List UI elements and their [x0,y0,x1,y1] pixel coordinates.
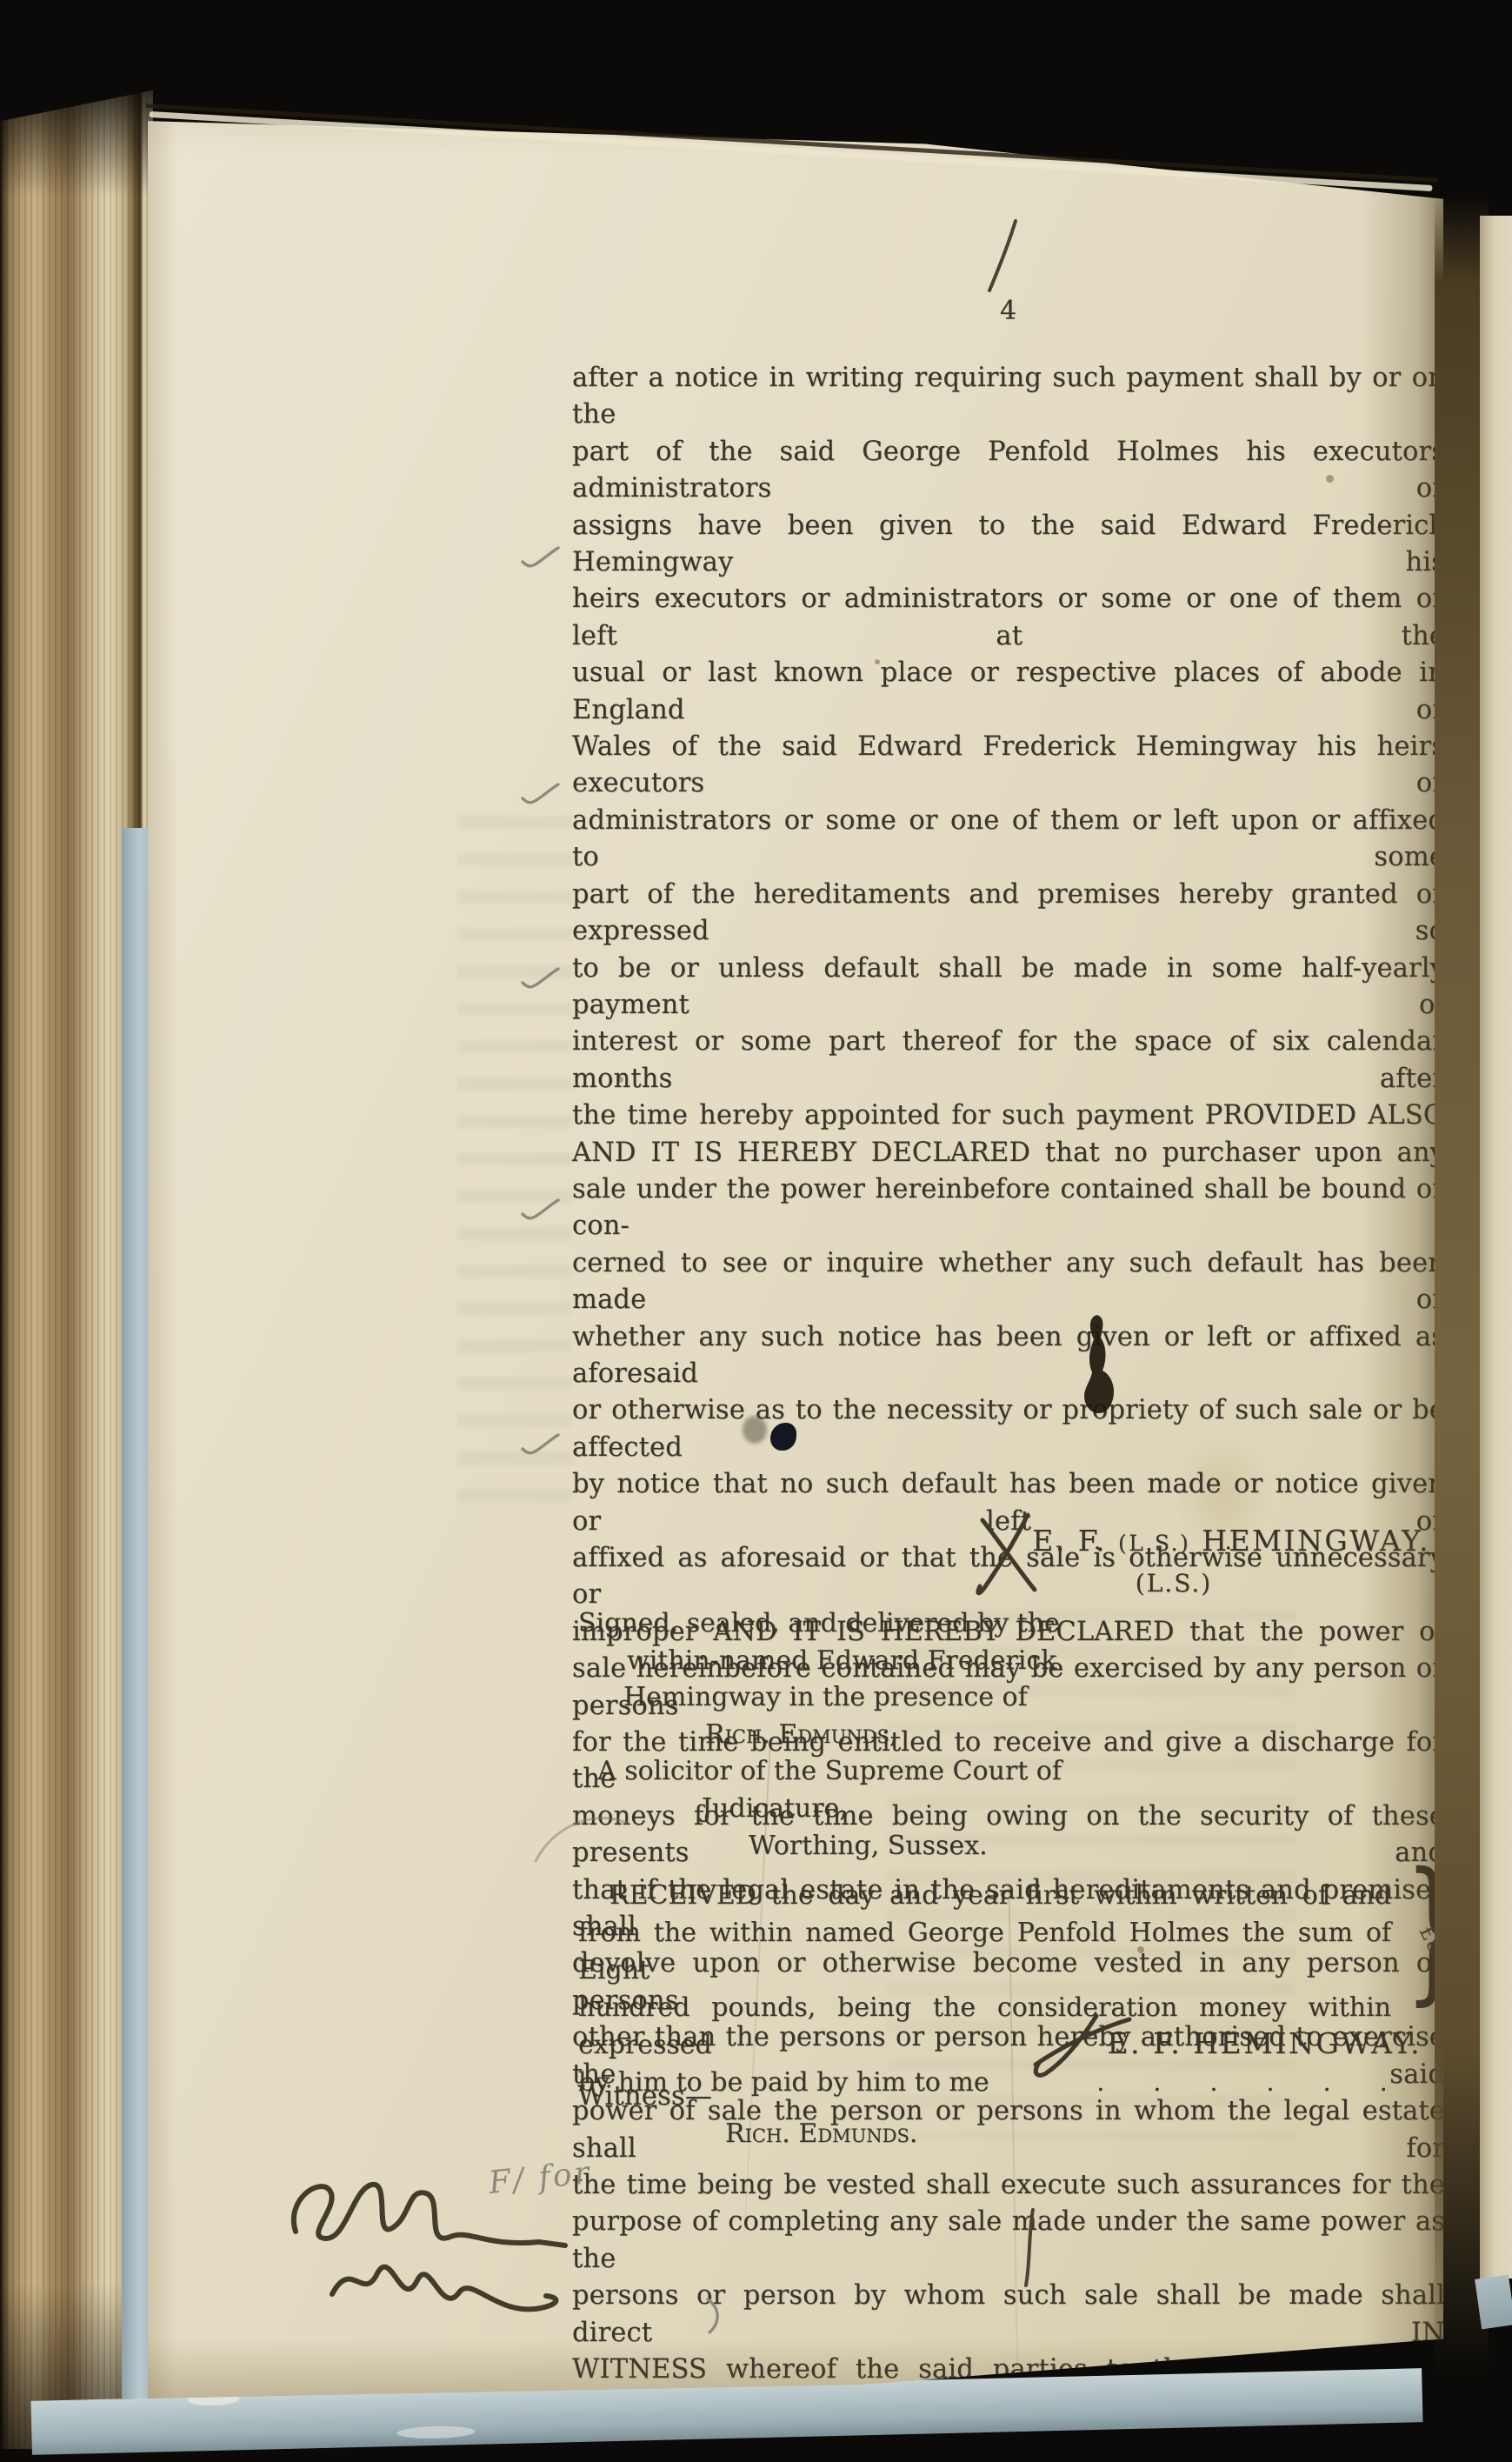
signature-surname: HEMINGWAY. [1202,1524,1430,1558]
next-page-blue-edge [1475,2275,1512,2330]
attestation-line: Judicature, [702,1791,1187,1828]
book-photograph: 4 after a notice in writing requiring su… [0,0,1512,2462]
margin-check-mark [520,1197,562,1224]
witness-name: Rich. Edmunds. [725,2118,917,2149]
receipt-clause: RECEIVED the day and year first within w… [578,1877,1391,2101]
receipt-line: from the within named George Penfold Hol… [578,1914,1391,1989]
pen-cross [974,1510,1045,1598]
attestation-line: A solicitor of the Supreme Court of [597,1753,1187,1791]
body-line: to be or unless default shall be made in… [572,951,1445,1024]
pen-slash [984,217,1021,296]
body-line: or otherwise as to the necessity or prop… [572,1392,1445,1466]
body-line: AND IT IS HEREBY DECLARED that no purcha… [572,1135,1445,1171]
margin-check-mark [520,781,562,809]
body-line: the time being be vested shall execute s… [572,2167,1445,2204]
paper-tear [396,2425,475,2439]
body-line: the time hereby appointed for such payme… [572,1098,1445,1134]
attestation-clause: Signed, sealed, and delivered by the wit… [578,1605,1187,1865]
body-line: administrators or some or one of them or… [572,803,1445,877]
witness-label: Witness— [577,2080,712,2112]
attestation-line: Signed, sealed, and delivered by the [578,1605,1187,1643]
seal-ls: (L.S.) [1118,1531,1190,1556]
body-line: assigns have been given to the said Edwa… [572,508,1445,582]
receipt-line: RECEIVED the day and year first within w… [578,1877,1391,1914]
body-line: usual or last known place or respective … [572,655,1445,729]
ink-blot [1068,1313,1136,1418]
page-number: 4 [574,296,1443,326]
ink-scrawl [278,2162,583,2362]
body-line: interest or some part thereof for the sp… [572,1024,1445,1098]
show-through-text [457,816,572,1520]
body-line: cerned to see or inquire whether any suc… [572,1245,1445,1319]
body-line: part of the said George Penfold Holmes h… [572,434,1445,508]
margin-check-mark [520,1431,562,1459]
pen-hook [704,2296,725,2336]
next-page-edge [1480,216,1512,2279]
body-line: whether any such notice has been given o… [572,1319,1445,1393]
seal-ls-second: (L.S.) [1052,1569,1296,1598]
margin-check-mark [520,965,562,993]
deed-body-text: after a notice in writing requiring such… [572,360,1445,2462]
attestation-line: Worthing, Sussex. [749,1828,1187,1865]
document-page: 4 after a notice in writing requiring su… [148,103,1443,2399]
body-line: persons or person by whom such sale shal… [572,2278,1445,2352]
attestation-witness-name: Rich. Edmunds, [705,1717,1187,1754]
body-line: Wales of the said Edward Frederick Hemin… [572,729,1445,803]
body-line: after a notice in writing requiring such… [572,360,1445,434]
body-line: part of the hereditaments and premises h… [572,877,1445,951]
pencil-arc [530,1804,630,1869]
body-line: heirs executors or administrators or som… [572,581,1445,655]
attestation-line: Hemingway in the presence of [623,1679,1187,1717]
attestation-line: within-named Edward Frederick [627,1643,1187,1680]
pen-stroke [1019,2207,1043,2290]
body-line: purpose of completing any sale made unde… [572,2204,1445,2278]
pen-cross [1030,2012,1136,2082]
margin-check-mark [520,544,562,572]
ink-smudge [743,1416,767,1444]
body-line: sale under the power hereinbefore contai… [572,1171,1445,1245]
